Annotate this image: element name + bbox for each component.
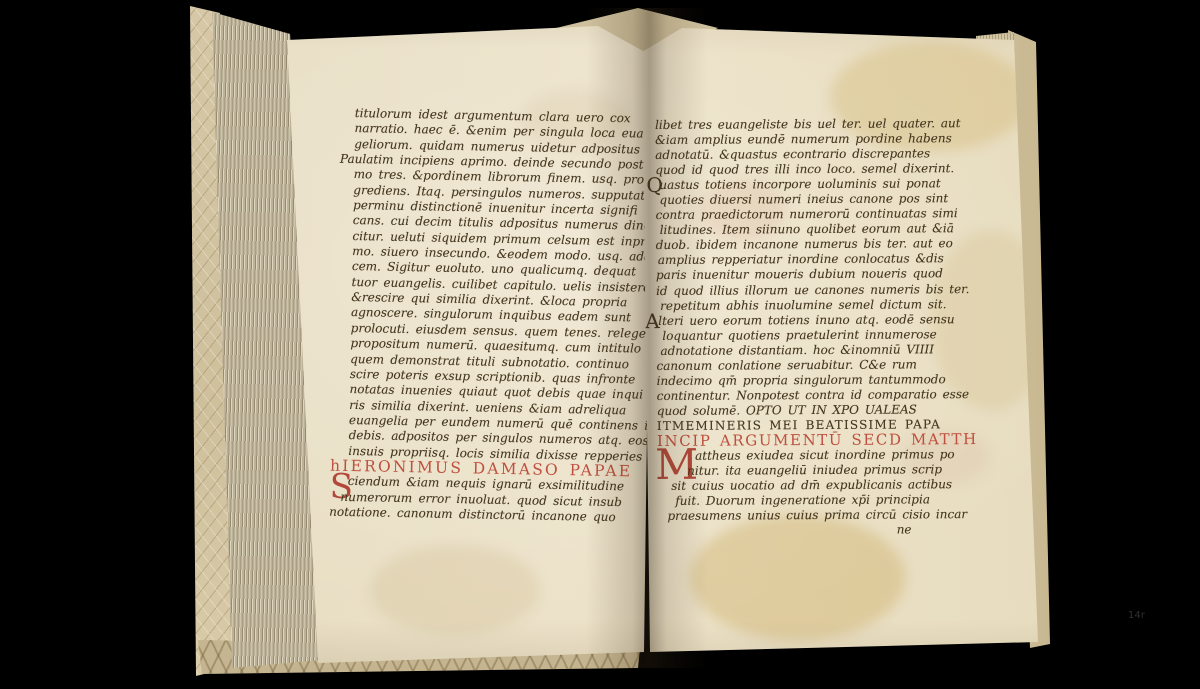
line-text: ne (897, 523, 912, 537)
line-text: paris inuenitur moueris dubium noueris q… (656, 267, 943, 283)
line-text: uastus totiens incorpore uoluminis sui p… (659, 176, 940, 192)
text-line: Mattheus exiudea sicut inordine primus p… (695, 447, 967, 464)
line-text: indecimo qm̄ propria singulorum tantummo… (657, 372, 946, 388)
line-text: adnotatū. &quastus econtrario discrepant… (655, 146, 930, 162)
stain (370, 545, 540, 635)
left-page-text: titulorum idest argumentum clara uero co… (347, 106, 653, 526)
line-text: canonum conlatione seruabitur. C&e rum (656, 357, 916, 373)
folio-mark: 14r (1128, 610, 1145, 621)
line-text: sit cuius uocatio ad dm̄ expublicanis ac… (671, 477, 952, 493)
line-text: fuit. Duorum ingeneratione xp̄i principi… (675, 492, 930, 508)
line-text: litudines. Item siinuno quolibet eorum a… (660, 222, 954, 238)
line-text: continentur. Nonpotest contra id compara… (657, 387, 969, 403)
right-page-text: libet tres euangeliste bis uel ter. uel … (655, 116, 968, 539)
line-text: duob. ibidem incanone numerus bis ter. a… (656, 237, 953, 253)
text-line: nitur. ita euangeliū iniudea primus scri… (687, 462, 967, 479)
line-text: nitur. ita euangeliū iniudea primus scri… (687, 462, 942, 478)
line-text: id quod illius illorum ue canones numeri… (656, 282, 969, 298)
line-text: amplius repperiatur inordine conlocatus … (658, 252, 944, 268)
manuscript-photo: titulorum idest argumentum clara uero co… (0, 0, 1200, 689)
decorated-initial: A (645, 311, 660, 331)
line-text: praesumens unius cuius prima circū cisio… (667, 507, 967, 523)
line-text: quoties diuersi numeri ineius canone pos… (659, 191, 948, 207)
line-text: adnotatione distantiam. hoc &inomniū VII… (660, 342, 934, 358)
line-text: quod solumē. OPTO UT IN XPO UALEAS (657, 402, 917, 418)
line-text: loquantur quotiens praetulerint innumero… (662, 327, 936, 343)
line-text: &iam amplius eundē numerum pordine haben… (655, 131, 952, 147)
line-text: attheus exiudea sicut inordine primus po (695, 447, 955, 463)
line-text: libet tres euangeliste bis uel ter. uel … (655, 116, 961, 132)
line-text: repetitum abhis inuolumine semel dictum … (660, 297, 946, 313)
text-line: ne (657, 522, 967, 539)
line-text: lteri uero eorum totiens inuno atq. eodē… (658, 312, 954, 328)
line-text: quod id quod tres illi inco loco. semel … (655, 161, 954, 177)
text-line: fuit. Duorum ingeneratione xp̄i principi… (675, 492, 967, 509)
line-text: contra praedictorum numerorū continuatas… (656, 206, 958, 222)
